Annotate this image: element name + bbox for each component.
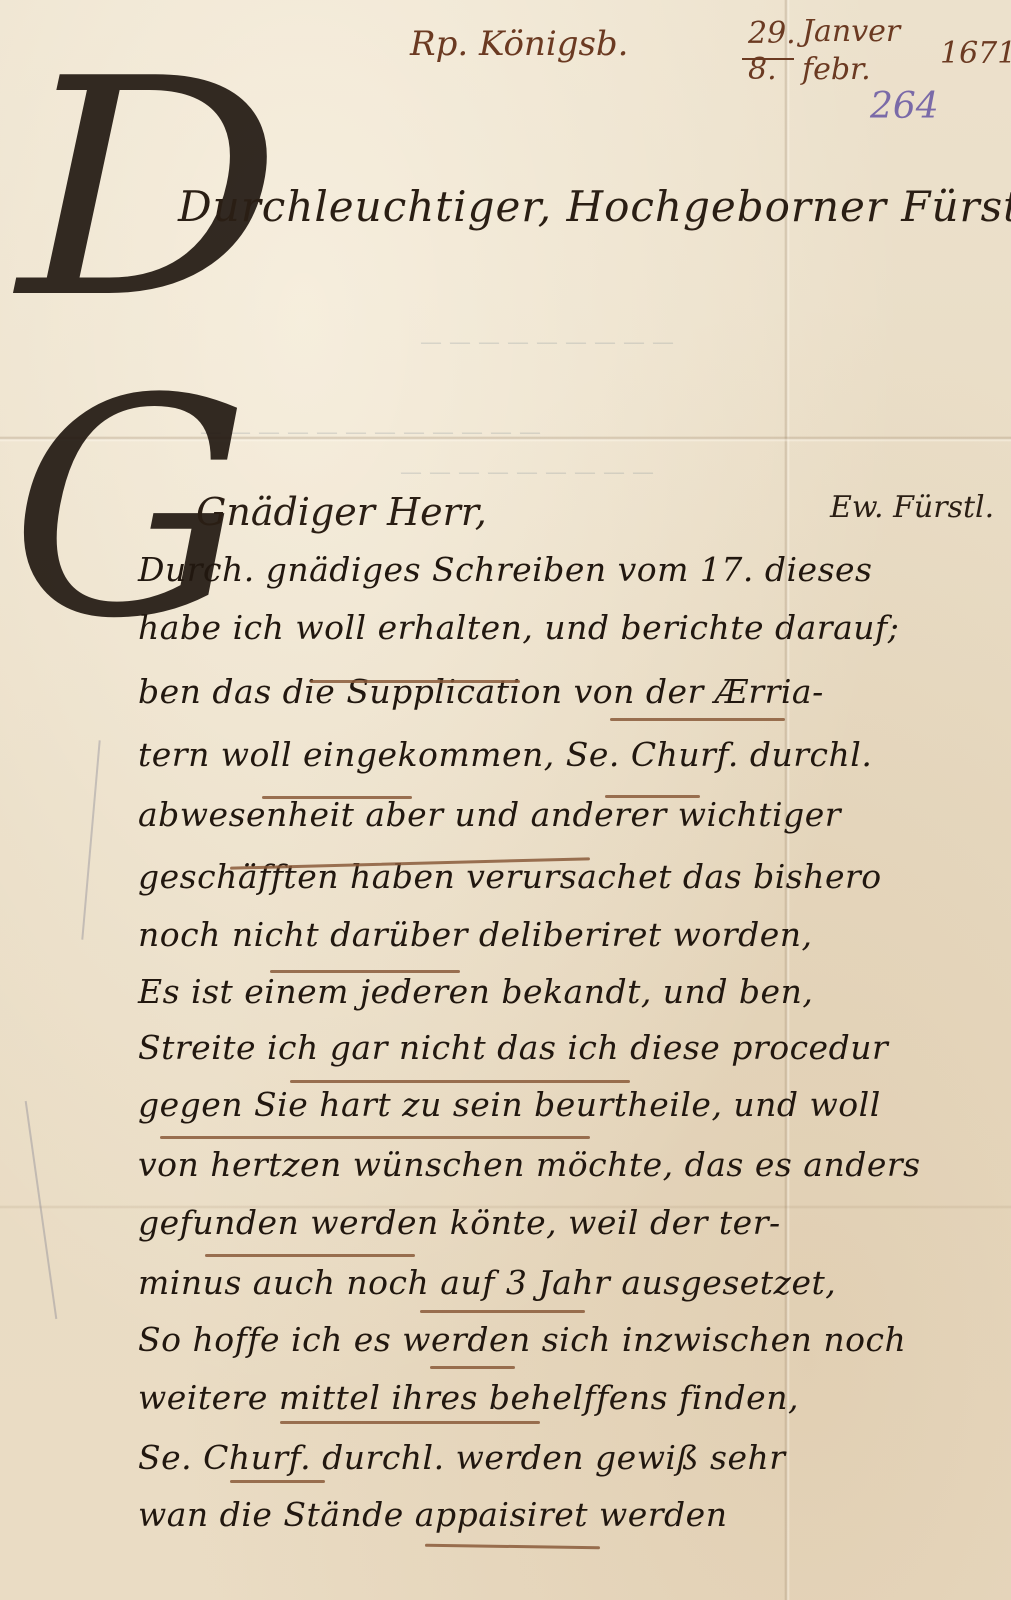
underline-supplication — [310, 680, 520, 683]
bleed-through-text: — — — — — — — — — — [420, 330, 674, 355]
folio-number: 264 — [870, 86, 939, 127]
underline-abwesenheit — [262, 796, 412, 799]
underline-jederen — [270, 970, 460, 973]
archival-month-bottom: febr. — [802, 52, 871, 87]
body-line: geschäfften haben verursachet das bisher… — [138, 857, 882, 896]
body-line: ben das die Supplication von der Ærria- — [138, 672, 824, 711]
underline-3-jahr — [420, 1310, 585, 1313]
body-line: minus auch noch auf 3 Jahr ausgesetzet, — [138, 1263, 836, 1302]
body-line: weitere mittel ihres behelffens finden, — [138, 1378, 799, 1417]
pencil-mark — [81, 740, 100, 939]
body-line: So hoffe ich es werden sich inzwischen n… — [138, 1320, 906, 1359]
underline-gar-nicht — [290, 1080, 630, 1083]
archival-month-top: Janver — [802, 14, 900, 49]
greeting: Gnädiger Herr, — [196, 490, 487, 534]
underline-sie-hart — [160, 1136, 590, 1139]
body-line: gefunden werden könte, weil der ter- — [138, 1203, 781, 1242]
body-line: Streite ich gar nicht das ich diese proc… — [138, 1028, 888, 1067]
letter-page: — — — — — — — — — — — — — — — — — — — — … — [0, 0, 1011, 1600]
bleed-through-text: — — — — — — — — — — [400, 460, 654, 485]
body-line: tern woll eingekommen, Se. Churf. durchl… — [138, 735, 872, 774]
body-line: Se. Churf. durchl. werden gewiß sehr — [138, 1438, 786, 1477]
underline-gefunden — [205, 1254, 415, 1257]
body-line: von hertzen wünschen möchte, das es ande… — [138, 1145, 921, 1184]
margin-note: Ew. Fürstl. — [830, 490, 994, 525]
bleed-through-text: — — — — — — — — — — — — — [200, 420, 541, 445]
body-line: gegen Sie hart zu sein beurtheile, und w… — [138, 1085, 881, 1124]
underline-durchl-2 — [230, 1480, 325, 1483]
body-line: habe ich woll erhalten, und berichte dar… — [138, 608, 899, 647]
archival-date-top: 29. — [748, 16, 796, 51]
body-line: noch nicht darüber deliberiret worden, — [138, 915, 812, 954]
body-line: Es ist einem jederen bekandt, und ben, — [138, 972, 813, 1011]
pencil-mark — [25, 1101, 58, 1319]
underline-appaisiret — [425, 1544, 600, 1549]
underline-mittel — [280, 1421, 540, 1424]
underline-aerria — [610, 718, 785, 721]
body-line: abwesenheit aber und anderer wichtiger — [138, 795, 841, 834]
underline-durchl — [605, 795, 700, 798]
body-line: wan die Stände appaisiret werden — [138, 1495, 727, 1534]
archival-date-bottom: 8. — [748, 52, 777, 87]
salutation: Durchleuchtiger, Hochgeborner Fürst, — [178, 182, 1011, 231]
underline-werden — [430, 1366, 515, 1369]
archival-place: Rp. Königsb. — [410, 24, 629, 64]
body-line: Durch. gnädiges Schreiben vom 17. dieses — [138, 550, 872, 589]
archival-year: 1671 — [940, 36, 1011, 71]
